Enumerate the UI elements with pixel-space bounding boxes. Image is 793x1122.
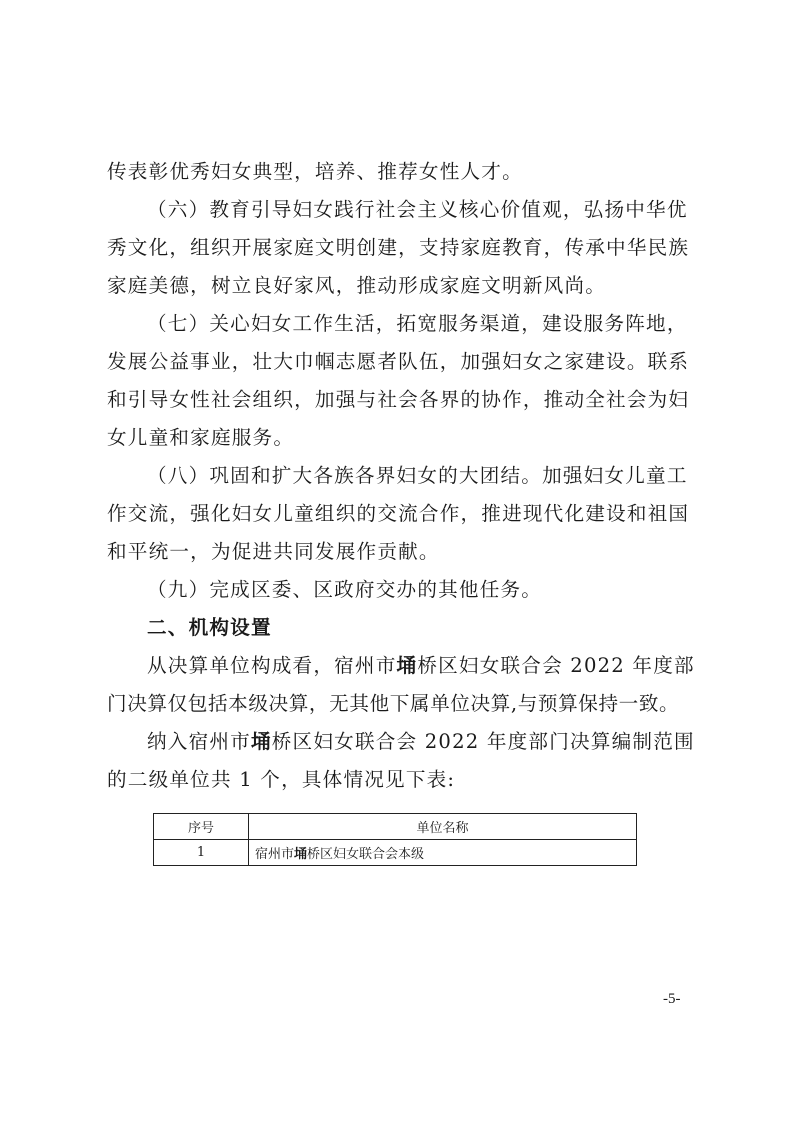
units-table: 序号 单位名称 1 宿州市埇桥区妇女联合会本级	[153, 813, 637, 866]
text-line: 秀文化，组织开展家庭文明创建，支持家庭教育，传承中华民族	[107, 236, 697, 260]
cell-index: 1	[154, 840, 249, 866]
text-span: 桥区妇女联合会 2022 年度部	[417, 654, 694, 677]
text-line: 传表彰优秀妇女典型，培养、推荐女性人才。	[107, 160, 697, 184]
text-line: （七）关心妇女工作生活，拓宽服务渠道，建设服务阵地，	[147, 312, 697, 336]
column-header-unit-name: 单位名称	[249, 814, 637, 840]
text-line: 家庭美德，树立良好家风，推动形成家庭文明新风尚。	[107, 274, 697, 298]
text-line: （六）教育引导妇女践行社会主义核心价值观，弘扬中华优	[147, 198, 697, 222]
text-line: 发展公益事业，壮大巾帼志愿者队伍，加强妇女之家建设。联系	[107, 350, 697, 374]
table-header-row: 序号 单位名称	[154, 814, 637, 840]
text-span: 桥区妇女联合会 2022 年度部门决算编制范围	[272, 730, 695, 753]
text-span: 从决算单位构成看，宿州市	[147, 654, 397, 677]
text-line: 和平统一，为促进共同发展作贡献。	[107, 540, 697, 564]
page-number: -5-	[663, 991, 681, 1008]
text-line: 女儿童和家庭服务。	[107, 426, 697, 450]
column-header-index: 序号	[154, 814, 249, 840]
cell-unit-name: 宿州市埇桥区妇女联合会本级	[249, 840, 637, 866]
text-line: 纳入宿州市埇桥区妇女联合会 2022 年度部门决算编制范围	[147, 730, 697, 754]
table-row: 1 宿州市埇桥区妇女联合会本级	[154, 840, 637, 866]
text-span: 纳入宿州市	[147, 730, 251, 753]
text-span: 宿州市	[255, 847, 294, 862]
text-span: 桥区妇女联合会本级	[307, 847, 424, 862]
bold-char: 埇	[251, 730, 272, 753]
text-line: （八）巩固和扩大各族各界妇女的大团结。加强妇女儿童工	[147, 464, 697, 488]
bold-char: 埇	[294, 847, 307, 862]
text-line: 门决算仅包括本级决算，无其他下属单位决算,与预算保持一致。	[107, 692, 697, 716]
text-line: 的二级单位共 1 个，具体情况见下表:	[107, 768, 697, 792]
bold-char: 埇	[397, 654, 418, 677]
section-heading: 二、机构设置	[147, 616, 697, 640]
text-line: 从决算单位构成看，宿州市埇桥区妇女联合会 2022 年度部	[147, 654, 697, 678]
text-line: 和引导女性社会组织，加强与社会各界的协作，推动全社会为妇	[107, 388, 697, 412]
text-line: 作交流，强化妇女儿童组织的交流合作，推进现代化建设和祖国	[107, 502, 697, 526]
text-line: （九）完成区委、区政府交办的其他任务。	[147, 578, 697, 602]
